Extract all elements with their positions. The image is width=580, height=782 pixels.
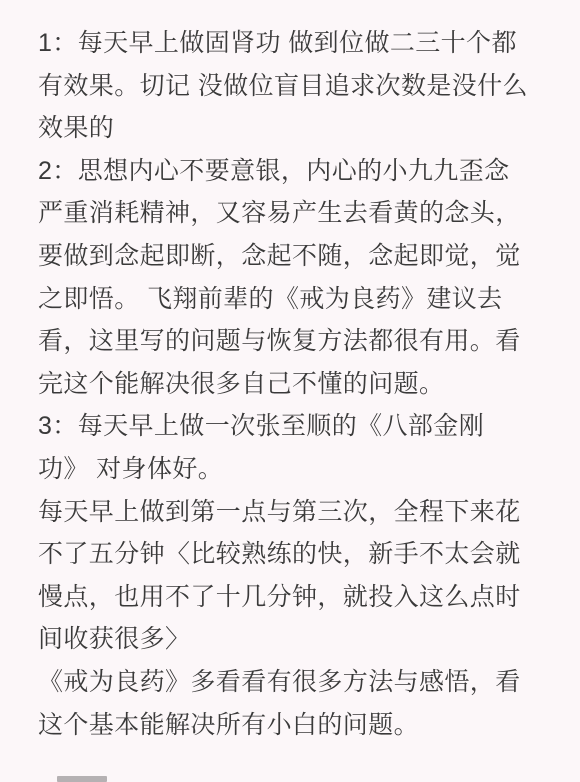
text-line: 每天早上做到第一点与第三次，全程下来花 (38, 491, 550, 534)
text-line: 效果的 (38, 107, 550, 150)
text-line: 严重消耗精神，又容易产生去看黄的念头， (38, 192, 550, 235)
text-line: 这个基本能解决所有小白的问题。 (38, 704, 550, 747)
bottom-cutoff-bar (57, 776, 107, 782)
text-line: 功》 对身体好。 (38, 448, 550, 491)
text-line: 完这个能解决很多自己不懂的问题。 (38, 363, 550, 406)
text-document: 1：每天早上做固肾功 做到位做二三十个都 有效果。切记 没做位盲目追求次数是没什… (0, 0, 580, 746)
text-line: 看，这里写的问题与恢复方法都很有用。看 (38, 320, 550, 363)
text-line: 有效果。切记 没做位盲目追求次数是没什么 (38, 65, 550, 108)
text-line: 2：思想内心不要意银，内心的小九九歪念 (38, 150, 550, 193)
text-line: 3：每天早上做一次张至顺的《八部金刚 (38, 405, 550, 448)
text-line: 1：每天早上做固肾功 做到位做二三十个都 (38, 22, 550, 65)
text-line: 之即悟。 飞翔前辈的《戒为良药》建议去 (38, 278, 550, 321)
text-line: 慢点，也用不了十几分钟，就投入这么点时 (38, 576, 550, 619)
text-line: 间收获很多〉 (38, 618, 550, 661)
text-line: 要做到念起即断，念起不随，念起即觉，觉 (38, 235, 550, 278)
screenshot-root: { "page": { "background": "#fcf7f9", "te… (0, 0, 580, 782)
text-line: 《戒为良药》多看看有很多方法与感悟，看 (38, 661, 550, 704)
text-line: 不了五分钟〈比较熟练的快，新手不太会就 (38, 533, 550, 576)
